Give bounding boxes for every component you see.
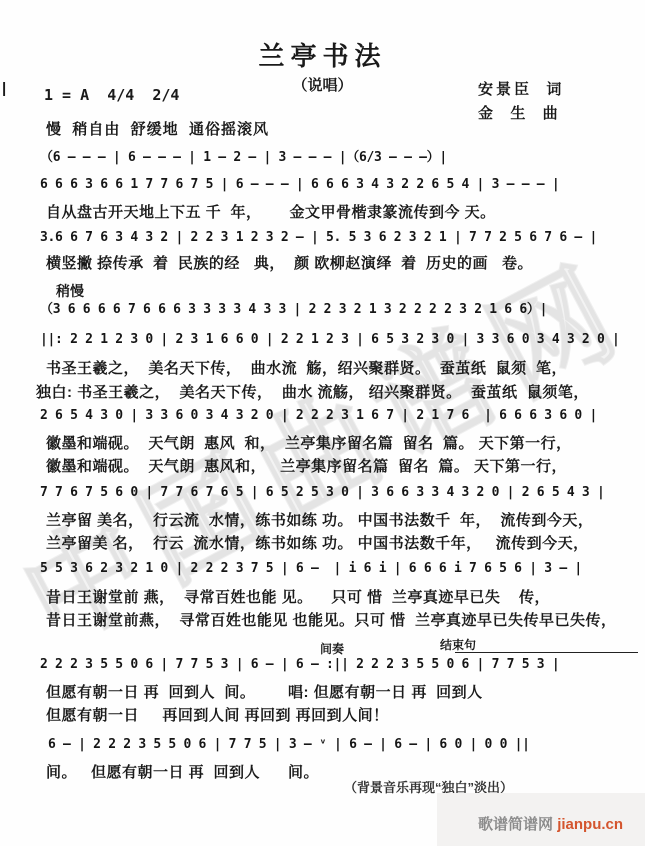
composer-credit: 金 生 曲: [478, 102, 561, 123]
lyric-line-verse1b: 横竖撇 捺传承 着 民族的经 典， 颜 欧柳赵演绎 着 历史的画 卷。: [46, 252, 533, 273]
page-title: 兰亭书法: [0, 36, 645, 73]
music-line-bridge: （3 6 6 6 6 7 6 6 6 3 3 3 3 4 3 3 | 2 2 3…: [40, 298, 547, 317]
spoken-line-final1: 但愿有朝一日 再回到人间 再回到 再回到人间！: [46, 704, 389, 725]
music-line-verse1a: 6 6 6 3 6 6 1 7 7 6 7 5 | 6 — — — | 6 6 …: [40, 177, 559, 192]
lyric-line-verse1a: 自从盘古开天地上下五 千 年， 金文甲骨楷隶篆流传到今 天。: [46, 201, 496, 222]
site-logo: 歌谱简谱网 jianpu.cn: [478, 813, 623, 834]
tempo-marking: 慢 稍自由 舒缓地 通俗摇滚风: [46, 118, 269, 139]
key-signature: 1 = A 4/4 2/4: [44, 86, 179, 104]
lyric-line-chorus4: 昔日王谢堂前 燕， 寻常百姓也能 见。 只可 惜 兰亭真迹早已失 传，: [46, 586, 550, 607]
lyric-line-chorus2: 徽墨和端砚。 天气朗 惠风 和， 兰亭集序留名篇 留名 篇。 天下第一行，: [46, 432, 572, 453]
lyric-line-final1: 但愿有朝一日 再 回到人 间。 唱: 但愿有朝一日 再 回到人: [46, 681, 483, 702]
spoken-line-chorus3: 兰亭留美 名， 行云 流水情，练书如练 功。 中国书法数千年， 流传到今天，: [46, 532, 589, 553]
lyric-line-final2: 间。 但愿有朝一日 再 回到人 间。: [46, 761, 319, 782]
ending-phrase-bracket: [455, 652, 638, 653]
music-line-intro: （6 — — — | 6 — — — | 1 — 2 — | 3 — — — |…: [40, 146, 447, 165]
music-line-chorus3: 7 7 6 7 5 6 0 | 7 7 6 7 6 5 | 6 5 2 5 3 …: [40, 485, 605, 500]
spoken-line-chorus1: 独白: 书圣王羲之， 美名天下传， 曲水 流觞， 绍兴聚群贤。 蚕茧纸 鼠须笔，: [36, 381, 589, 402]
lyric-line-chorus1: 书圣王羲之， 美名天下传， 曲水流 觞，绍兴聚群贤。 蚕茧纸 鼠须 笔，: [46, 357, 567, 378]
lyricist-credit: 安景臣 词: [478, 78, 564, 99]
music-line-chorus1: ||: 2 2 1 2 3 0 | 2 3 1 6 6 0 | 2 2 1 2 …: [40, 332, 620, 347]
site-url[interactable]: jianpu.cn: [557, 816, 623, 833]
site-name: 歌谱简谱网: [478, 816, 553, 833]
interlude-label: 间奏: [320, 640, 344, 657]
ending-phrase-label: 结束句: [440, 636, 476, 653]
music-line-final2: 6 — | 2 2 2 3 5 5 0 6 | 7 7 5 | 3 — ᵛ | …: [48, 737, 530, 752]
lyric-line-chorus3: 兰亭留 美名， 行云流 水情，练书如练 功。 中国书法数千 年， 流传到今天，: [46, 509, 593, 530]
spoken-line-chorus2: 徽墨和端砚。 天气朗 惠风和， 兰亭集序留名篇 留名 篇。 天下第一行，: [46, 455, 567, 476]
music-line-verse1b: 3.6 6 7 6 3 4 3 2 | 2 2 3 1 2 3 2 — | 5.…: [40, 230, 597, 245]
spoken-line-chorus4: 昔日王谢堂前燕， 寻常百姓也能见 也能见。只可 惜 兰亭真迹早已失传早已失传，: [46, 609, 617, 630]
score-page: 中国曲谱网 | 兰亭书法 （说唱） 1 = A 4/4 2/4 安景臣 词 金 …: [0, 0, 645, 846]
music-line-chorus2: 2 6 5 4 3 0 | 3 3 6 0 3 4 3 2 0 | 2 2 2 …: [40, 408, 597, 423]
music-line-final1: 2 2 2 3 5 5 0 6 | 7 7 5 3 | 6 — | 6 — :|…: [40, 657, 559, 672]
music-line-chorus4: 5 5 3 6 2 3 2 1 0 | 2 2 2 3 7 5 | 6 — | …: [40, 561, 582, 576]
